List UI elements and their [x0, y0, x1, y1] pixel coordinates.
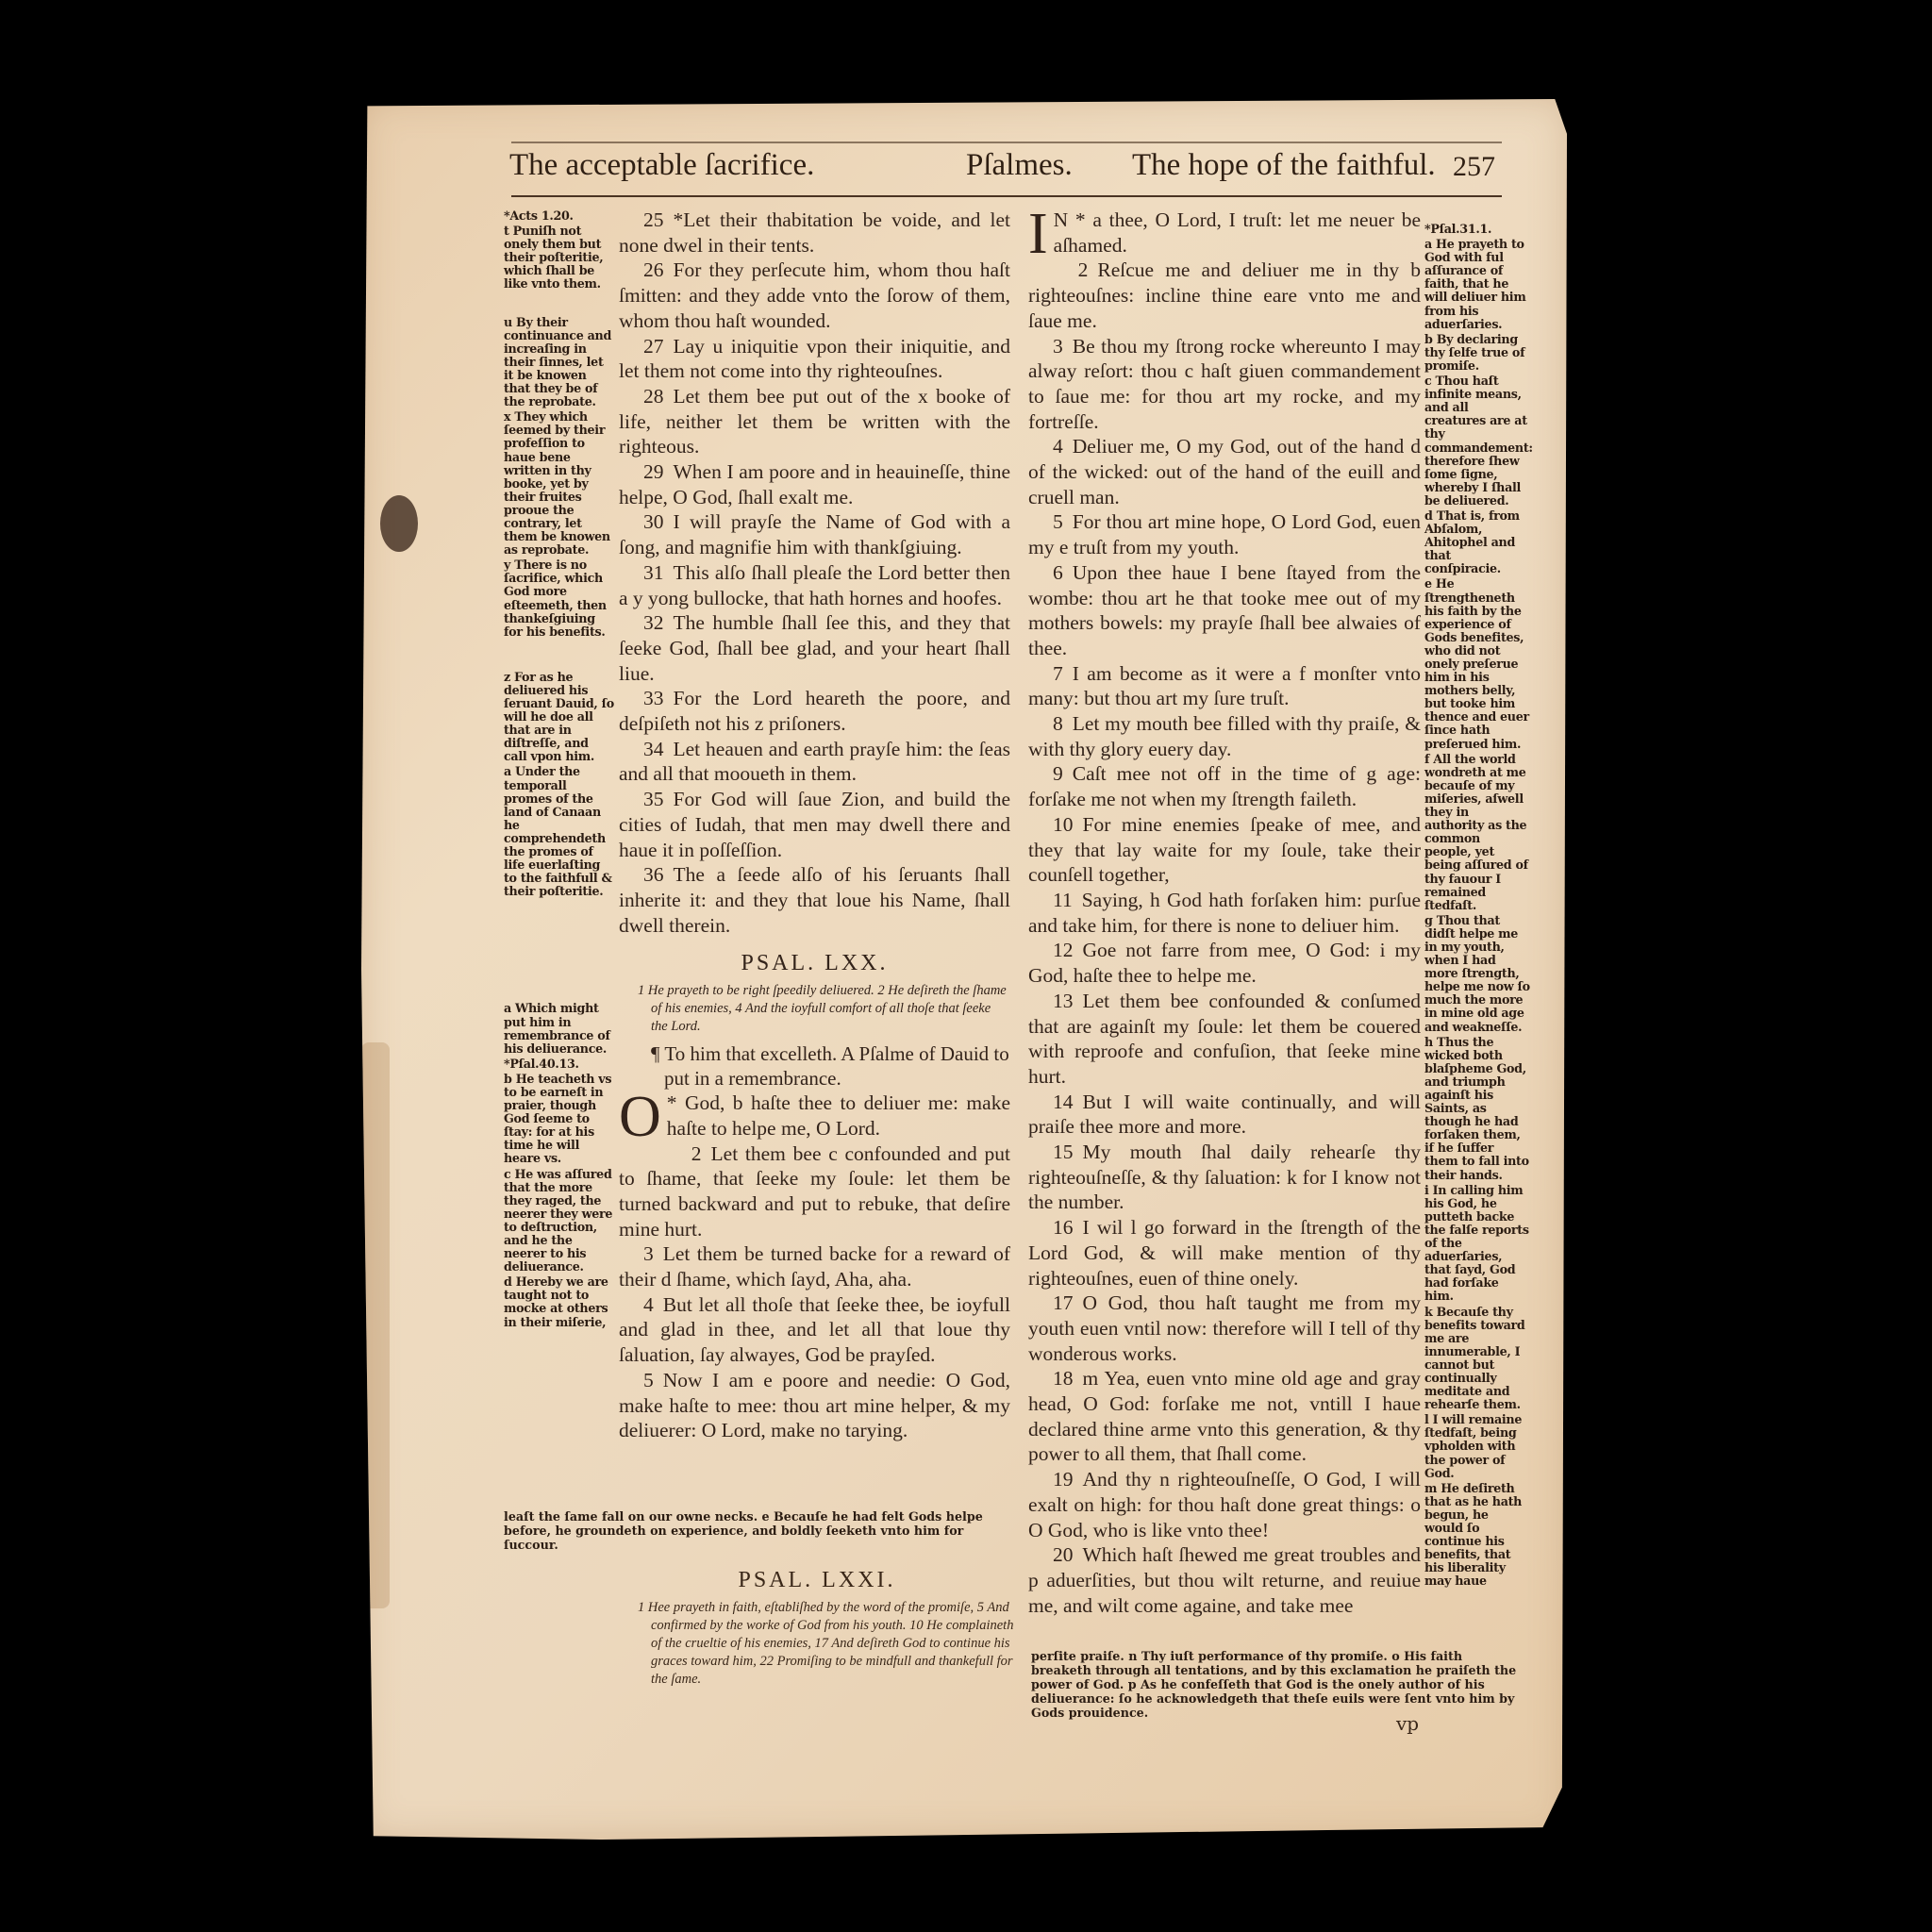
verse: 2Let them bee c confounded and put to ſh…: [619, 1141, 1010, 1242]
verse: 29When I am poore and in heauineſſe, thi…: [619, 459, 1010, 509]
verse: 36The a ſeede alſo of his ſeruants ſhall…: [619, 862, 1010, 938]
verse: 32The humble ſhall ſee this, and they th…: [619, 610, 1010, 686]
psalm-70-footnote: leaſt the ſame fall on our owne necks. e…: [504, 1509, 1018, 1552]
verse: 5For thou art mine hope, O Lord God, eue…: [1028, 509, 1421, 559]
verse: 14But I will waite continually, and will…: [1028, 1090, 1421, 1140]
drop-cap: I: [1028, 209, 1048, 258]
margin-note: d That is, from Abſalom, Ahitophel and t…: [1424, 509, 1530, 575]
verse: 13Let them bee confounded & conſumed tha…: [1028, 989, 1421, 1090]
margin-note: t Puniſh not onely them but their poſter…: [504, 225, 615, 291]
verse: 5Now I am e poore and needie: O God, mak…: [619, 1368, 1010, 1443]
left-margin-notes: *Acts 1.20. t Puniſh not onely them but …: [504, 209, 615, 1331]
verse: 8Let my mouth bee filled with thy praiſe…: [1028, 711, 1421, 761]
verse: 9Caſt mee not off in the time of g age: …: [1028, 761, 1421, 811]
page-damage: [380, 495, 418, 552]
verse: 35For God will ſaue Zion, and build the …: [619, 787, 1010, 862]
header-bottom-rule: [511, 195, 1502, 197]
verse: 4But let all thoſe that ſeeke thee, be i…: [619, 1292, 1010, 1368]
verse: 31This alſo ſhall pleaſe the Lord better…: [619, 560, 1010, 610]
right-margin-notes: *Pſal.31.1. a He prayeth to God with ful…: [1424, 223, 1530, 1590]
verse: 33For the Lord heareth the poore, and de…: [619, 686, 1010, 736]
verse: 2Reſcue me and deliuer me in thy b right…: [1028, 258, 1421, 333]
verse: 18m Yea, euen vnto mine old age and gray…: [1028, 1366, 1421, 1467]
margin-note: c He was aſſured that the more they rage…: [504, 1168, 615, 1274]
catchword: vp: [1396, 1712, 1419, 1735]
margin-note: k Becauſe thy benefits toward me are inn…: [1424, 1306, 1530, 1412]
psalm-70-argument: 1 He prayeth to be right ſpeedily deliue…: [619, 982, 1010, 1036]
verse: 7I am become as it were a f monſter vnto…: [1028, 661, 1421, 711]
verse: 10For mine enemies ſpeake of mee, and th…: [1028, 812, 1421, 888]
psalm-70-inscription: ¶ To him that excelleth. A Pſalme of Dau…: [619, 1041, 1010, 1091]
psalm-71-heading: PSAL. LXXI. 1 Hee prayeth in faith, eſta…: [619, 1555, 1015, 1694]
margin-note: *Pſal.31.1.: [1424, 223, 1530, 236]
margin-note: e He ſtrengtheneth his faith by the expe…: [1424, 577, 1530, 750]
verse: 3Be thou my ſtrong rocke whereunto I may…: [1028, 334, 1421, 435]
margin-note: a Under the temporall promes of the land…: [504, 765, 615, 898]
margin-note: i In calling him his God, he putteth bac…: [1424, 1184, 1530, 1304]
psalm-71-argument: 1 Hee prayeth in faith, eſtabliſhed by t…: [619, 1599, 1015, 1689]
verse: 17O God, thou haſt taught me from my you…: [1028, 1291, 1421, 1366]
verse: 3Let them be turned backe for a reward o…: [619, 1241, 1010, 1291]
page-number: 257: [1453, 151, 1495, 183]
header-center-title: Pſalmes.: [966, 148, 1073, 183]
margin-note: d Hereby we are taught not to mocke at o…: [504, 1275, 615, 1328]
margin-note: a Which might put him in remembrance of …: [504, 1002, 615, 1055]
verse: 30I will prayſe the Name of God with a ſ…: [619, 509, 1010, 559]
margin-note: u By their continuance and increaſing in…: [504, 316, 615, 409]
margin-note: f All the world wondreth at me becauſe o…: [1424, 753, 1530, 912]
margin-note: g Thou that didſt helpe me in my youth, …: [1424, 914, 1530, 1034]
verse: 11Saying, h God hath forſaken him: purſu…: [1028, 888, 1421, 938]
header-left-title: The acceptable ſacrifice.: [509, 148, 814, 183]
verse: 27Lay u iniquitie vpon their iniquitie, …: [619, 334, 1010, 384]
left-text-column: 25*Let their thabitation be voide, and l…: [619, 208, 1010, 1443]
margin-note: c Thou haſt infinite means, and all crea…: [1424, 375, 1530, 508]
margin-note: b By declaring thy ſelfe true of promiſe…: [1424, 333, 1530, 373]
margin-note: x They which ſeemed by their profeſſion …: [504, 410, 615, 557]
verse: 28Let them bee put out of the x booke of…: [619, 384, 1010, 459]
psalm-71-footnote: perſite praiſe. n Thy iuſt performance o…: [1031, 1649, 1526, 1720]
margin-note: a He prayeth to God with ful aſſurance o…: [1424, 238, 1530, 331]
verse: 4Deliuer me, O my God, out of the hand d…: [1028, 434, 1421, 509]
margin-note: h Thus the wicked both blaſpheme God, an…: [1424, 1036, 1530, 1182]
verse: O* God, b haſte thee to deliuer me: make…: [619, 1091, 1010, 1141]
margin-note: *Acts 1.20.: [504, 209, 615, 223]
verse: 6Upon thee haue I bene ſtayed from the w…: [1028, 560, 1421, 661]
verse: 25*Let their thabitation be voide, and l…: [619, 208, 1010, 258]
margin-note: b He teacheth vs to be earneſt in praier…: [504, 1073, 615, 1166]
psalm-70-title: PSAL. LXX.: [619, 951, 1010, 976]
edge-stain: [361, 1042, 390, 1608]
drop-cap: O: [619, 1092, 661, 1141]
verse: 16I wil l go forward in the ſtrength of …: [1028, 1215, 1421, 1291]
verse: 12Goe not farre from mee, O God: i my Go…: [1028, 938, 1421, 988]
verse: 15My mouth ſhal daily rehearſe thy right…: [1028, 1140, 1421, 1215]
right-text-column: IN * a thee, O Lord, I truſt: let me neu…: [1028, 208, 1421, 1618]
verse: IN * a thee, O Lord, I truſt: let me neu…: [1028, 208, 1421, 258]
header-top-rule: [511, 142, 1502, 143]
header-right-title: The hope of the faithful.: [1132, 148, 1436, 183]
verse: 34Let heauen and earth prayſe him: the ſ…: [619, 737, 1010, 787]
psalm-71-title: PSAL. LXXI.: [619, 1568, 1015, 1593]
verse: 19And thy n righteouſneſſe, O God, I wil…: [1028, 1467, 1421, 1542]
margin-note: l I will remaine ſtedfaſt, being vpholde…: [1424, 1413, 1530, 1479]
margin-note: y There is no ſacrifice, which God more …: [504, 558, 615, 639]
margin-note: z For as he deliuered his ſeruant Dauid,…: [504, 671, 615, 764]
margin-note: *Pſal.40.13.: [504, 1058, 615, 1071]
margin-note: m He deſireth that as he hath begun, he …: [1424, 1482, 1530, 1589]
verse: 20Which haſt ſhewed me great troubles an…: [1028, 1542, 1421, 1618]
verse: 26For they perſecute him, whom thou haſt…: [619, 258, 1010, 333]
